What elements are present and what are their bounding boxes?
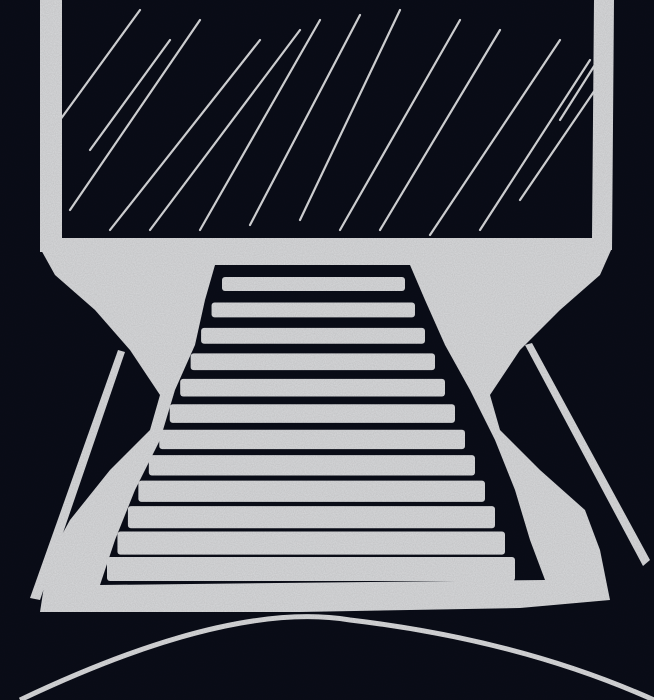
linocut-staircase-artwork — [0, 0, 654, 700]
paper-grain-overlay — [0, 0, 654, 700]
